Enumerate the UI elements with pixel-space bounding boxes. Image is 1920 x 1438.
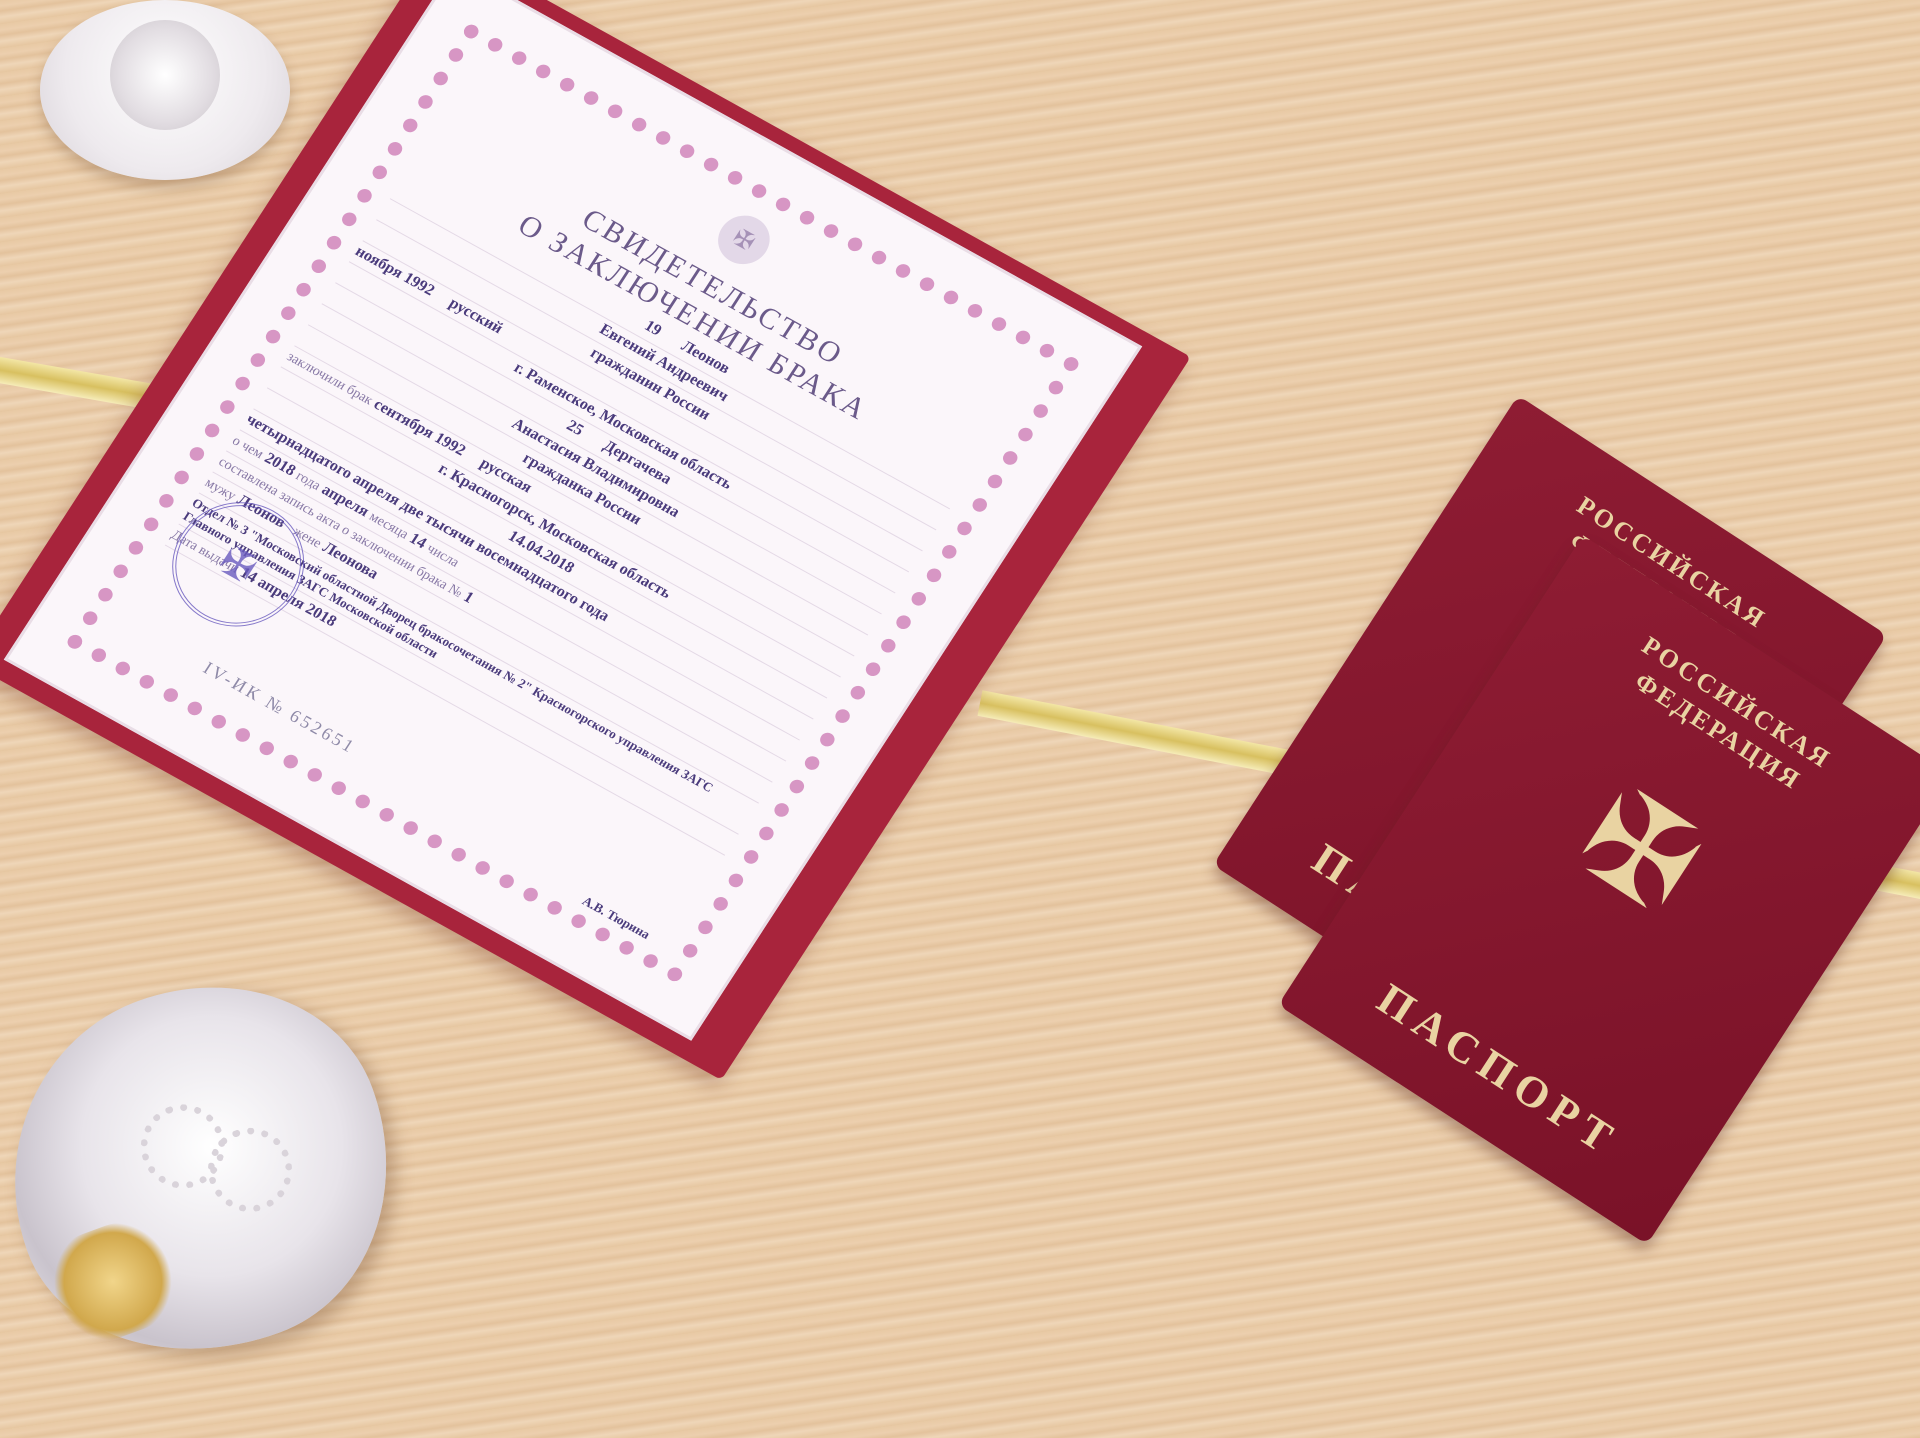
passport-title: ПАСПОРТ [1300,929,1697,1211]
heart-ring-dish [0,936,440,1404]
rose-ornament [40,0,290,180]
gold-flower-decoration [38,1209,188,1353]
photo-scene: ✠ СВИДЕТЕЛЬСТВО О ЗАКЛЮЧЕНИИ БРАКА 19 Ле… [0,0,1920,1438]
rose-icon [110,20,220,130]
